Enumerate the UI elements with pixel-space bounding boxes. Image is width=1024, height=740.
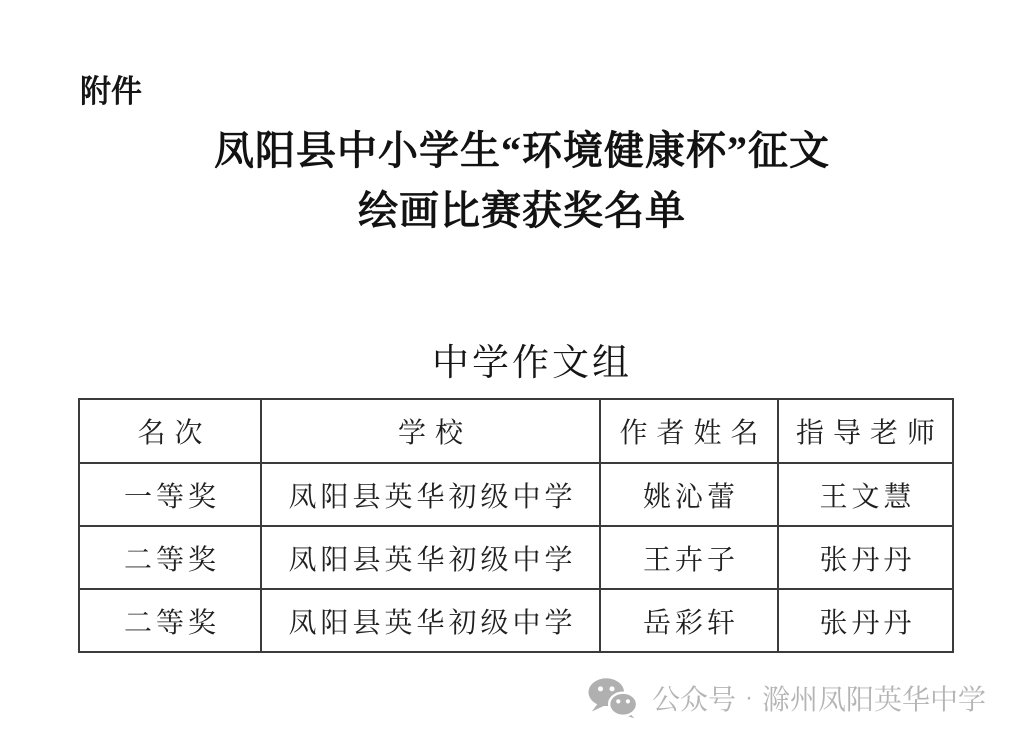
footer-account-type: 公众号 xyxy=(652,678,736,718)
document-title-line1: 凤阳县中小学生“环境健康杯”征文 xyxy=(214,128,830,173)
cell-school: 凤阳县英华初级中学 xyxy=(261,589,600,652)
watermark-footer: 公众号 · 滁州凤阳英华中学 xyxy=(588,677,986,719)
document-title-line2: 绘画比赛获奖名单 xyxy=(358,188,686,233)
col-header-rank: 名次 xyxy=(79,399,261,463)
col-header-school: 学校 xyxy=(261,399,600,463)
footer-text: 公众号 · 滁州凤阳英华中学 xyxy=(652,678,986,718)
awards-table: 名次 学校 作者姓名 指导老师 一等奖 凤阳县英华初级中学 姚沁蕾 王文慧 二等… xyxy=(78,398,954,653)
table-row: 二等奖 凤阳县英华初级中学 王卉子 张丹丹 xyxy=(79,526,953,589)
document-title: 凤阳县中小学生“环境健康杯”征文 绘画比赛获奖名单 xyxy=(10,121,1024,241)
cell-school: 凤阳县英华初级中学 xyxy=(261,463,600,526)
footer-separator: · xyxy=(745,684,753,712)
cell-school: 凤阳县英华初级中学 xyxy=(261,526,600,589)
col-header-teacher: 指导老师 xyxy=(778,399,953,463)
cell-author: 岳彩轩 xyxy=(600,589,778,652)
cell-teacher: 王文慧 xyxy=(778,463,953,526)
document-page: 附件 凤阳县中小学生“环境健康杯”征文 绘画比赛获奖名单 中学作文组 名次 学校… xyxy=(0,0,1024,740)
cell-teacher: 张丹丹 xyxy=(778,526,953,589)
wechat-icon xyxy=(588,677,638,719)
cell-teacher: 张丹丹 xyxy=(778,589,953,652)
footer-account-name: 滁州凤阳英华中学 xyxy=(762,678,986,718)
table-row: 二等奖 凤阳县英华初级中学 岳彩轩 张丹丹 xyxy=(79,589,953,652)
cell-author: 王卉子 xyxy=(600,526,778,589)
table-row: 一等奖 凤阳县英华初级中学 姚沁蕾 王文慧 xyxy=(79,463,953,526)
section-title: 中学作文组 xyxy=(20,332,1024,386)
cell-rank: 一等奖 xyxy=(79,463,261,526)
cell-rank: 二等奖 xyxy=(79,589,261,652)
table-header-row: 名次 学校 作者姓名 指导老师 xyxy=(79,399,953,463)
cell-rank: 二等奖 xyxy=(79,526,261,589)
attachment-label: 附件 xyxy=(80,66,142,111)
cell-author: 姚沁蕾 xyxy=(600,463,778,526)
col-header-author: 作者姓名 xyxy=(600,399,778,463)
